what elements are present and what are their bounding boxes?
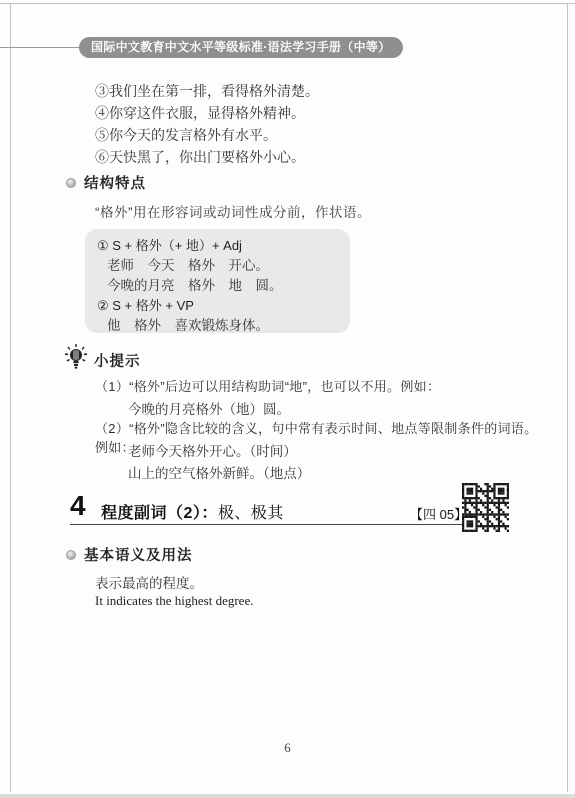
header-banner: 国际中文教育中文水平等级标准·语法学习手册（中等） [79,37,403,58]
sphere-bullet-icon [66,550,76,560]
structure-section-heading: 结构特点 [66,172,146,193]
tips-title: 小提示 [94,350,141,371]
section-title-words: 极、极其 [218,505,284,522]
header-rule [0,47,80,48]
section-underline [70,524,462,525]
semantics-section-heading: 基本语义及用法 [66,544,193,565]
structure-section-title: 结构特点 [84,172,146,193]
section-title-bold: 程度副词（2）： [101,505,218,522]
semantics-section-title: 基本语义及用法 [84,544,193,565]
lightbulb-icon [63,343,89,377]
qr-code [462,483,509,532]
tip-item-1: （1）“格外”后边可以用结构助词“地”，也可以不用。例如： [95,376,545,395]
tip-item-2-example: 老师今天格外开心。（时间） [128,440,297,460]
page-number: 6 [0,740,575,756]
pattern-example: 今晚的月亮 格外 地 圆。 [97,276,340,296]
tip-item-2-example: 山上的空气格外新鲜。（地点） [128,462,310,482]
section-title: 程度副词（2）：极、极其 [101,500,284,523]
semantics-english-text: It indicates the highest degree. [95,593,253,609]
section-ref-label: 【四 05】 [410,504,467,523]
pattern-example: 老师 今天 格外 开心。 [97,256,340,276]
tips-heading: 小提示 [63,343,141,377]
example-sentence: ④你穿这件衣服，显得格外精神。 [95,104,319,126]
pattern-example: 他 格外 喜欢锻炼身体。 [97,316,340,336]
example-sentence-list: ③我们坐在第一排，看得格外清楚。 ④你穿这件衣服，显得格外精神。 ⑤你今天的发言… [95,82,319,170]
sphere-bullet-icon [66,178,76,188]
section-number: 4 [70,490,86,522]
example-sentence: ⑥天快黑了，你出门要格外小心。 [95,148,319,170]
pattern-box: ① S + 格外（+ 地）+ Adj 老师 今天 格外 开心。 今晚的月亮 格外… [85,229,350,333]
tip-item-1-example: 今晚的月亮格外（地）圆。 [128,398,290,418]
structure-intro-text: “格外”用在形容词或动词性成分前，作状语。 [95,201,371,221]
example-sentence: ⑤你今天的发言格外有水平。 [95,126,319,148]
pattern-line: ① S + 格外（+ 地）+ Adj [97,236,340,256]
page-bottom-edge [0,794,575,798]
example-sentence: ③我们坐在第一排，看得格外清楚。 [95,82,319,104]
semantics-chinese-text: 表示最高的程度。 [95,572,203,592]
book-page: 国际中文教育中文水平等级标准·语法学习手册（中等） ③我们坐在第一排，看得格外清… [0,0,575,798]
pattern-line: ② S + 格外 + VP [97,296,340,316]
